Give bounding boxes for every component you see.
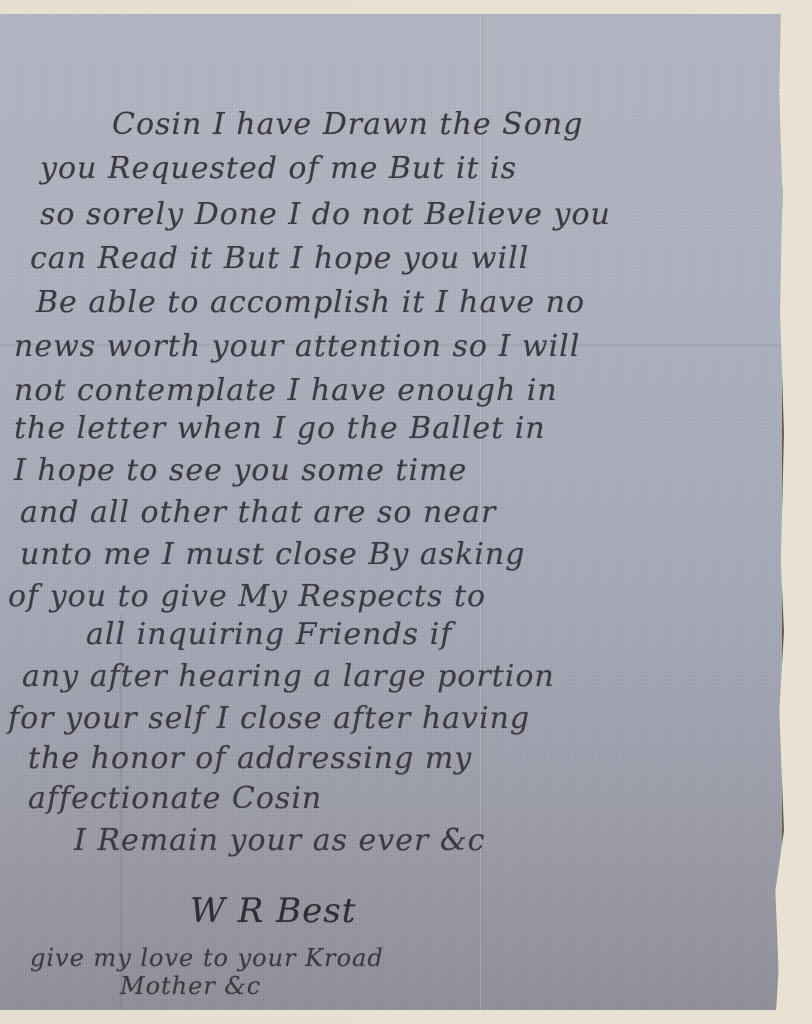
letter-line-14: any after hearing a large portion xyxy=(22,662,555,692)
postscript-line-1: give my love to your Kroad xyxy=(30,946,384,970)
letter-line-1: Cosin I have Drawn the Song xyxy=(112,110,583,140)
letter-line-5: Be able to accomplish it I have no xyxy=(36,288,585,318)
letter-line-13: all inquiring Friends if xyxy=(86,620,452,650)
letter-line-9: I hope to see you some time xyxy=(14,456,467,486)
signature: W R Best xyxy=(190,894,356,928)
letter-line-11: unto me I must close By asking xyxy=(20,540,525,570)
letter-line-4: can Read it But I hope you will xyxy=(30,244,529,274)
postscript-line-2: Mother &c xyxy=(120,974,261,998)
letter-line-7: not contemplate I have enough in xyxy=(14,376,558,406)
handwritten-letter-page: Cosin I have Drawn the Song you Requeste… xyxy=(0,14,784,1010)
letter-line-8: the letter when I go the Ballet in xyxy=(14,414,546,444)
letter-line-6: news worth your attention so I will xyxy=(14,332,580,362)
letter-line-3: so sorely Done I do not Believe you xyxy=(40,200,611,230)
letter-line-15: for your self I close after having xyxy=(8,704,530,734)
letter-line-10: and all other that are so near xyxy=(20,498,496,528)
letter-line-17: affectionate Cosin xyxy=(28,784,322,814)
letter-line-2: you Requested of me But it is xyxy=(40,154,517,184)
letter-line-18: I Remain your as ever &c xyxy=(74,826,485,856)
letter-line-12: of you to give My Respects to xyxy=(8,582,486,612)
letter-line-16: the honor of addressing my xyxy=(28,744,472,774)
